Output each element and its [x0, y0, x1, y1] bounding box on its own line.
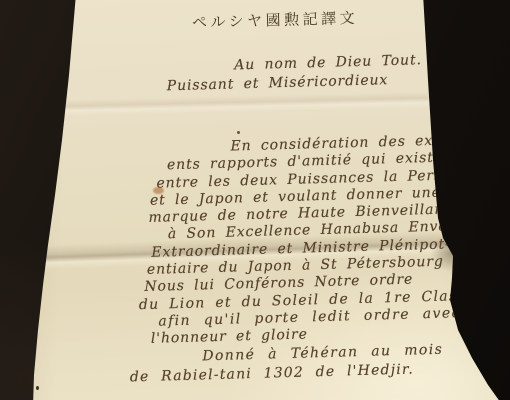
- letter-body: En considération des excell- ents rappor…: [121, 132, 477, 387]
- letter-text: ペルシヤ國勲記譯文 Au nom de Dieu Tout. Puissant …: [0, 0, 510, 400]
- japanese-heading: ペルシヤ國勲記譯文: [192, 7, 359, 33]
- letter-paper: ペルシヤ國勲記譯文 Au nom de Dieu Tout. Puissant …: [0, 0, 510, 400]
- invocation-line-2: Puissant et Miséricordieux: [167, 72, 389, 94]
- photo-stage: ペルシヤ國勲記譯文 Au nom de Dieu Tout. Puissant …: [0, 0, 510, 400]
- body-line: de Rabiel-tani 1302 de l'Hedjir.: [130, 360, 478, 387]
- invocation-line-1: Au nom de Dieu Tout.: [234, 52, 422, 73]
